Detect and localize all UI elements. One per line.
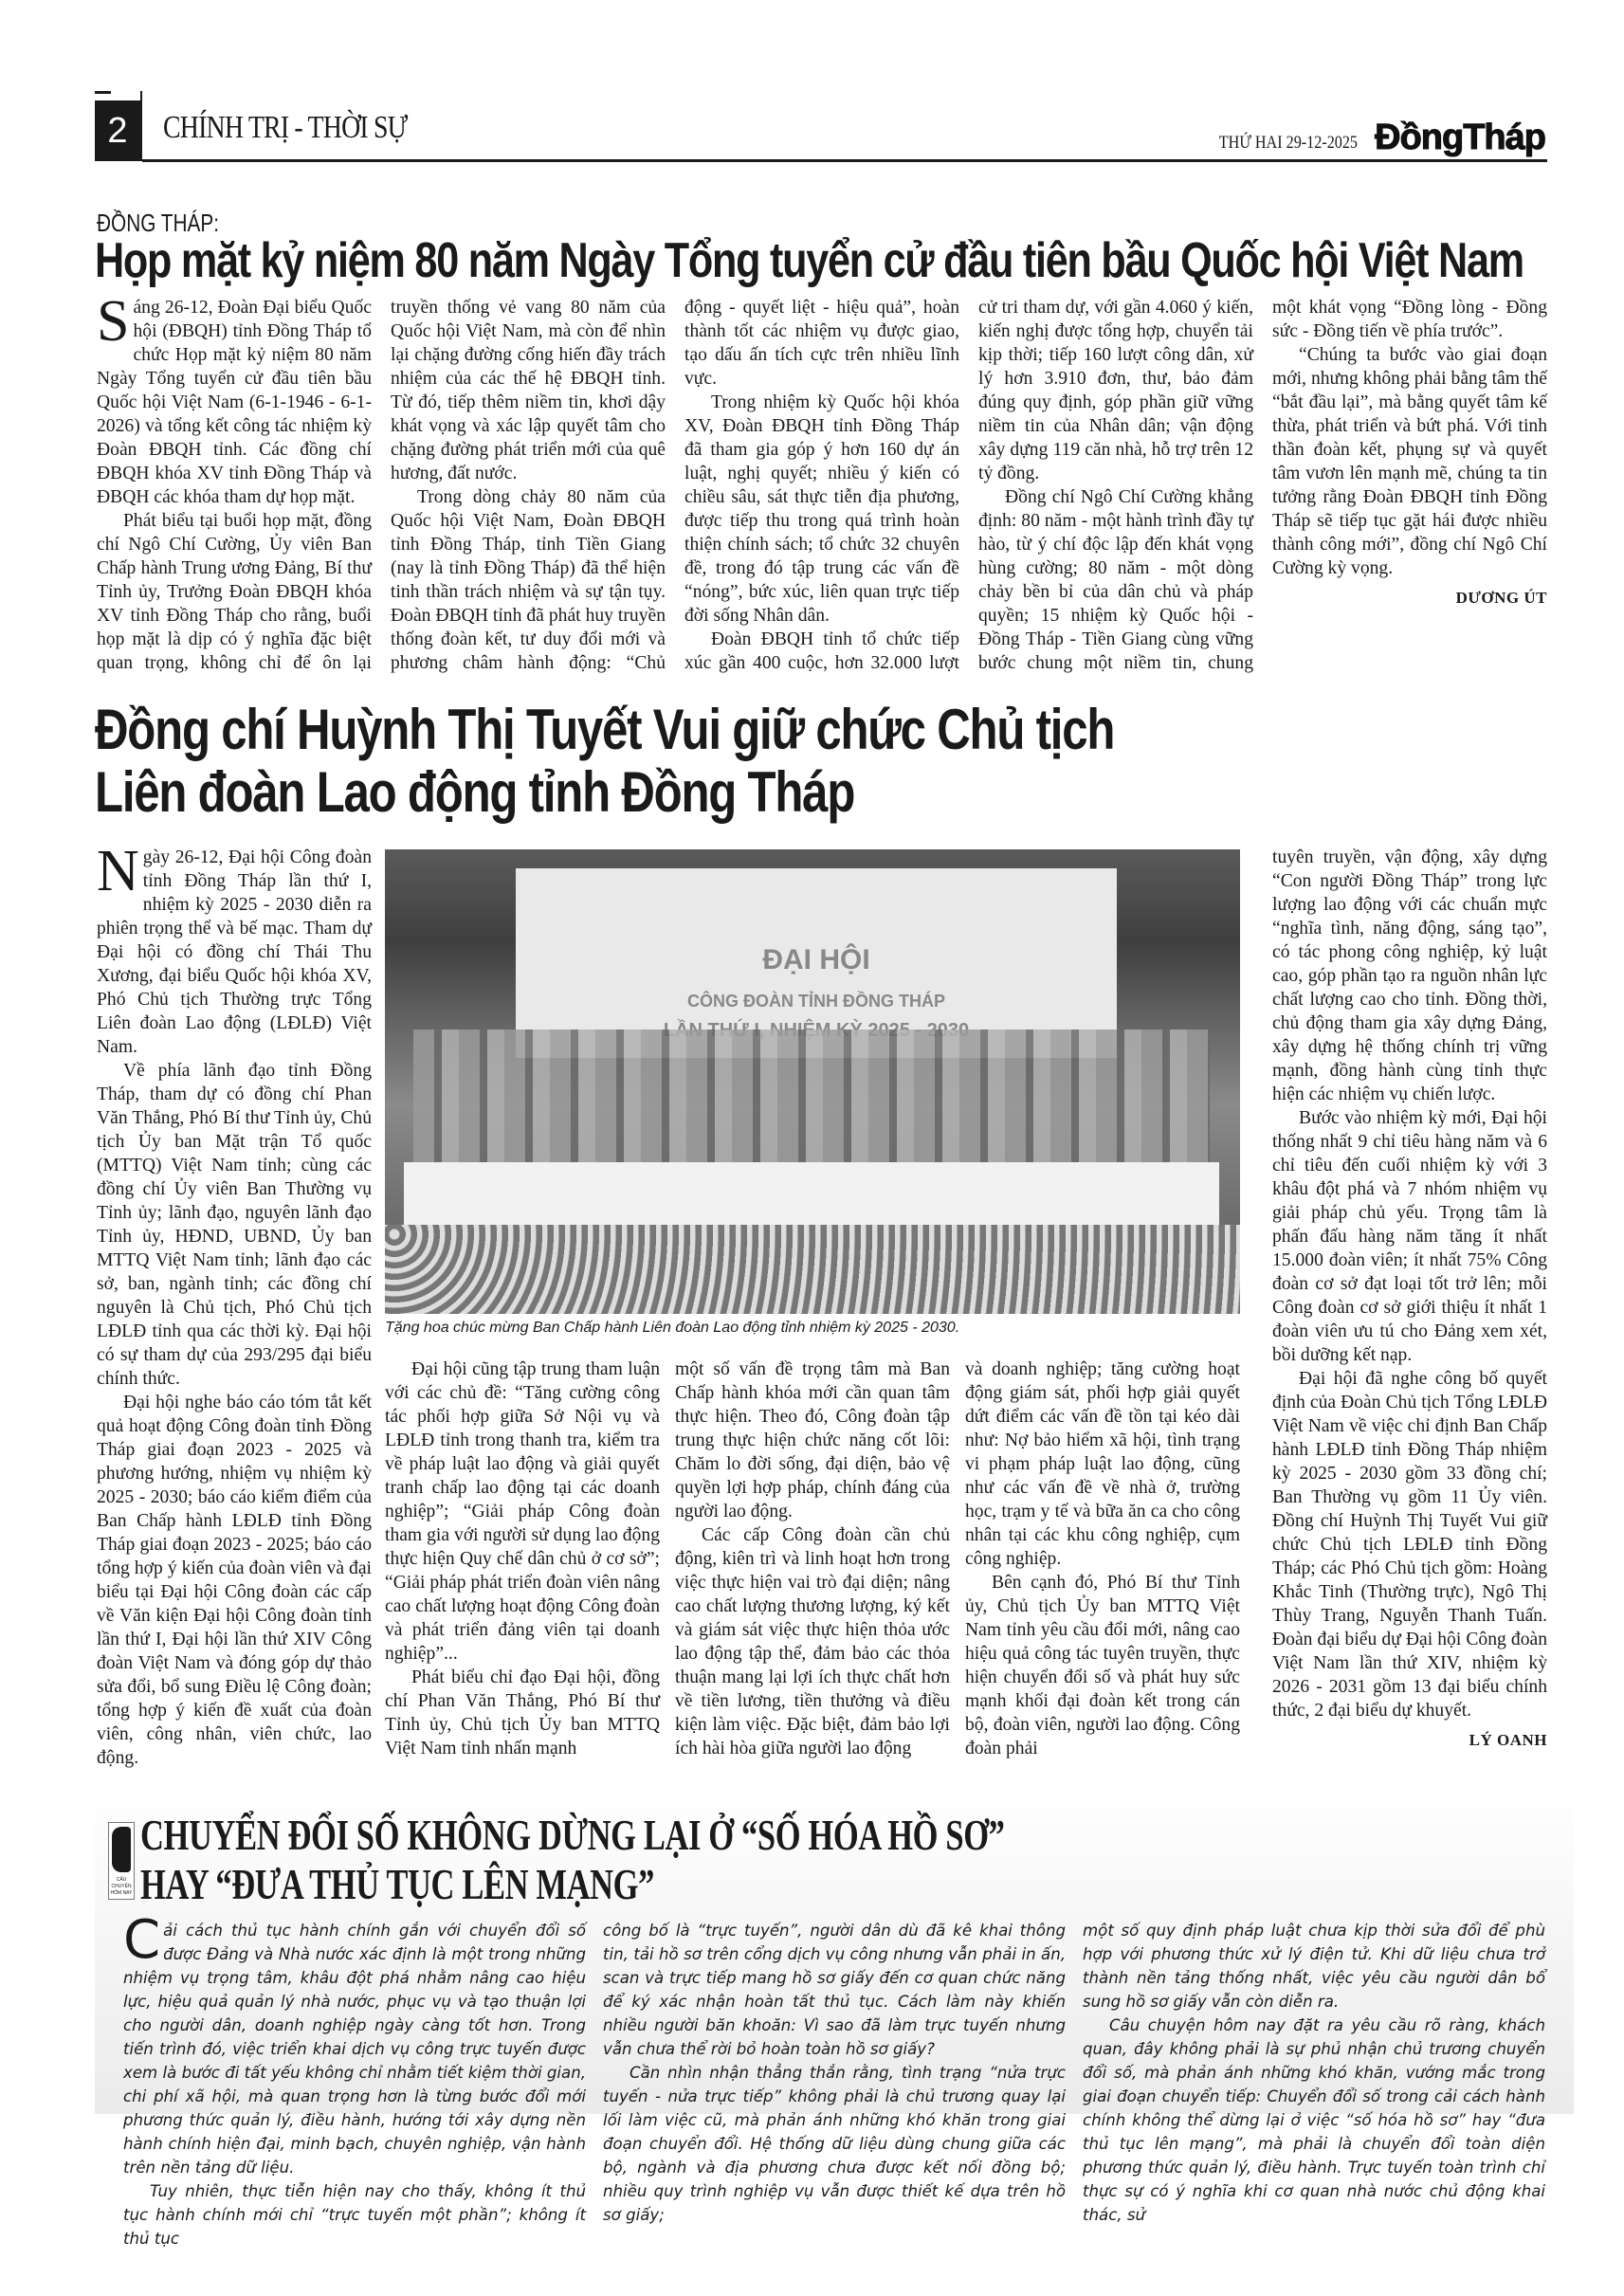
dropcap: C	[123, 1919, 163, 1962]
article3-column-3: một số quy định pháp luật chưa kịp thời …	[1083, 1919, 1545, 2250]
article3-headline: CHUYỂN ĐỔI SỐ KHÔNG DỪNG LẠI Ở “SỐ HÓA H…	[140, 1811, 1005, 1909]
article2-paragraph: tuyên truyền, vận động, xây dựng “Con ng…	[1272, 846, 1547, 1106]
today-story-box: CÂU CHUYỆN HÔM NAY CHUYỂN ĐỔI SỐ KHÔNG D…	[95, 1784, 1574, 2114]
article2-paragraph: một số vấn đề trọng tâm mà Ban Chấp hành…	[675, 1358, 950, 1523]
article3-paragraph: công bố là “trực tuyến”, người dân dù đã…	[603, 1919, 1066, 2061]
header-top-line	[95, 91, 111, 94]
article2-column-3: một số vấn đề trọng tâm mà Ban Chấp hành…	[675, 1358, 950, 1760]
today-story-icon: CÂU CHUYỆN HÔM NAY	[108, 1822, 135, 1900]
article2-paragraph: Đại hội nghe báo cáo tóm tắt kết quả hoạ…	[97, 1391, 372, 1770]
article3-body: Cải cách thủ tục hành chính gắn với chuy…	[123, 1919, 1545, 2250]
article1-body: Sáng 26-12, Đoàn Đại biểu Quốc hội (ĐBQH…	[97, 296, 1547, 680]
newspaper-logo: ĐồngTháp	[1375, 118, 1545, 158]
headline-line: CHUYỂN ĐỔI SỐ KHÔNG DỪNG LẠI Ở “SỐ HÓA H…	[140, 1811, 1005, 1860]
article2-paragraph: Các cấp Công đoàn cần chủ động, kiên trì…	[675, 1523, 950, 1760]
header-divider	[140, 91, 142, 161]
page-header: 2 CHÍNH TRỊ - THỜI SỰ THỨ HAI 29-12-2025…	[95, 91, 1545, 157]
backdrop-subtitle: CÔNG ĐOÀN TỈNH ĐỒNG THÁP	[516, 992, 1117, 1011]
article2-paragraph: Ngày 26-12, Đại hội Công đoàn tỉnh Đồng …	[97, 846, 372, 1059]
delegates-group	[413, 1030, 1210, 1172]
article3-column-2: công bố là “trực tuyến”, người dân dù đã…	[603, 1919, 1066, 2250]
article1-headline: Họp mặt kỷ niệm 80 năm Ngày Tổng tuyển c…	[95, 232, 1524, 289]
article2-paragraph: và doanh nghiệp; tăng cường hoạt động gi…	[965, 1358, 1240, 1571]
headline-line: HAY “ĐƯA THỦ TỤC LÊN MẠNG”	[140, 1860, 1005, 1909]
article2-paragraph: Về phía lãnh đạo tỉnh Đồng Tháp, tham dự…	[97, 1059, 372, 1391]
icon-label: CÂU CHUYỆN HÔM NAY	[109, 1877, 134, 1897]
article2-headline: Đồng chí Huỳnh Thị Tuyết Vui giữ chức Ch…	[95, 699, 1114, 824]
article3-paragraph: Tuy nhiên, thực tiễn hiện nay cho thấy, …	[123, 2179, 586, 2250]
article1-paragraph: Sáng 26-12, Đoàn Đại biểu Quốc hội (ĐBQH…	[97, 296, 372, 509]
article2-paragraph: Bước vào nhiệm kỳ mới, Đại hội thống nhấ…	[1272, 1106, 1547, 1367]
article2-photo: ĐẠI HỘI CÔNG ĐOÀN TỈNH ĐỒNG THÁP LẦN THỨ…	[385, 849, 1240, 1314]
article3-paragraph: một số quy định pháp luật chưa kịp thời …	[1083, 1919, 1545, 2014]
issue-date: THỨ HAI 29-12-2025	[1219, 133, 1358, 154]
article2-paragraph: Đại hội đã nghe công bố quyết định của Đ…	[1272, 1367, 1547, 1722]
header-rule	[142, 159, 1547, 162]
stage-slogan-letters	[404, 1162, 1219, 1225]
article3-column-1: Cải cách thủ tục hành chính gắn với chuy…	[123, 1919, 586, 2250]
page-number: 2	[95, 100, 140, 161]
article3-paragraph: Cần nhìn nhận thẳng thắn rằng, tình trạn…	[603, 2061, 1066, 2227]
dropcap: S	[97, 298, 133, 345]
headline-line: Liên đoàn Lao động tỉnh Đồng Tháp	[95, 761, 1114, 824]
article2-paragraph: Phát biểu chỉ đạo Đại hội, đồng chí Phan…	[385, 1666, 660, 1760]
backdrop-title: ĐẠI HỘI	[516, 944, 1117, 976]
stage-flowers	[385, 1225, 1240, 1314]
article1-byline: DƯƠNG ÚT	[1272, 586, 1547, 610]
article2-paragraph: Đại hội cũng tập trung tham luận với các…	[385, 1358, 660, 1666]
article2-column-4: và doanh nghiệp; tăng cường hoạt động gi…	[965, 1358, 1240, 1760]
article2-byline: LÝ OANH	[1272, 1728, 1547, 1752]
article1-paragraph: Trong nhiệm kỳ Quốc hội khóa XV, Đoàn ĐB…	[684, 391, 959, 628]
headline-line: Đồng chí Huỳnh Thị Tuyết Vui giữ chức Ch…	[95, 699, 1114, 761]
article3-paragraph: Câu chuyện hôm nay đặt ra yêu cầu rõ ràn…	[1083, 2014, 1545, 2227]
article2-column-1: Ngày 26-12, Đại hội Công đoàn tỉnh Đồng …	[97, 846, 372, 1770]
article3-paragraph: Cải cách thủ tục hành chính gắn với chuy…	[123, 1919, 586, 2179]
photo-caption: Tặng hoa chúc mừng Ban Chấp hành Liên đo…	[385, 1320, 1240, 1337]
article2-column-2: Đại hội cũng tập trung tham luận với các…	[385, 1358, 660, 1760]
article2-paragraph: Bên cạnh đó, Phó Bí thư Tỉnh ủy, Chủ tịc…	[965, 1571, 1240, 1760]
dropcap: N	[97, 847, 143, 895]
section-title: CHÍNH TRỊ - THỜI SỰ	[163, 110, 407, 146]
article2-column-5: tuyên truyền, vận động, xây dựng “Con ng…	[1272, 846, 1547, 1752]
article1-paragraph: “Chúng ta bước vào giai đoạn mới, nhưng …	[1272, 343, 1547, 580]
pen-globe-icon	[112, 1827, 131, 1872]
